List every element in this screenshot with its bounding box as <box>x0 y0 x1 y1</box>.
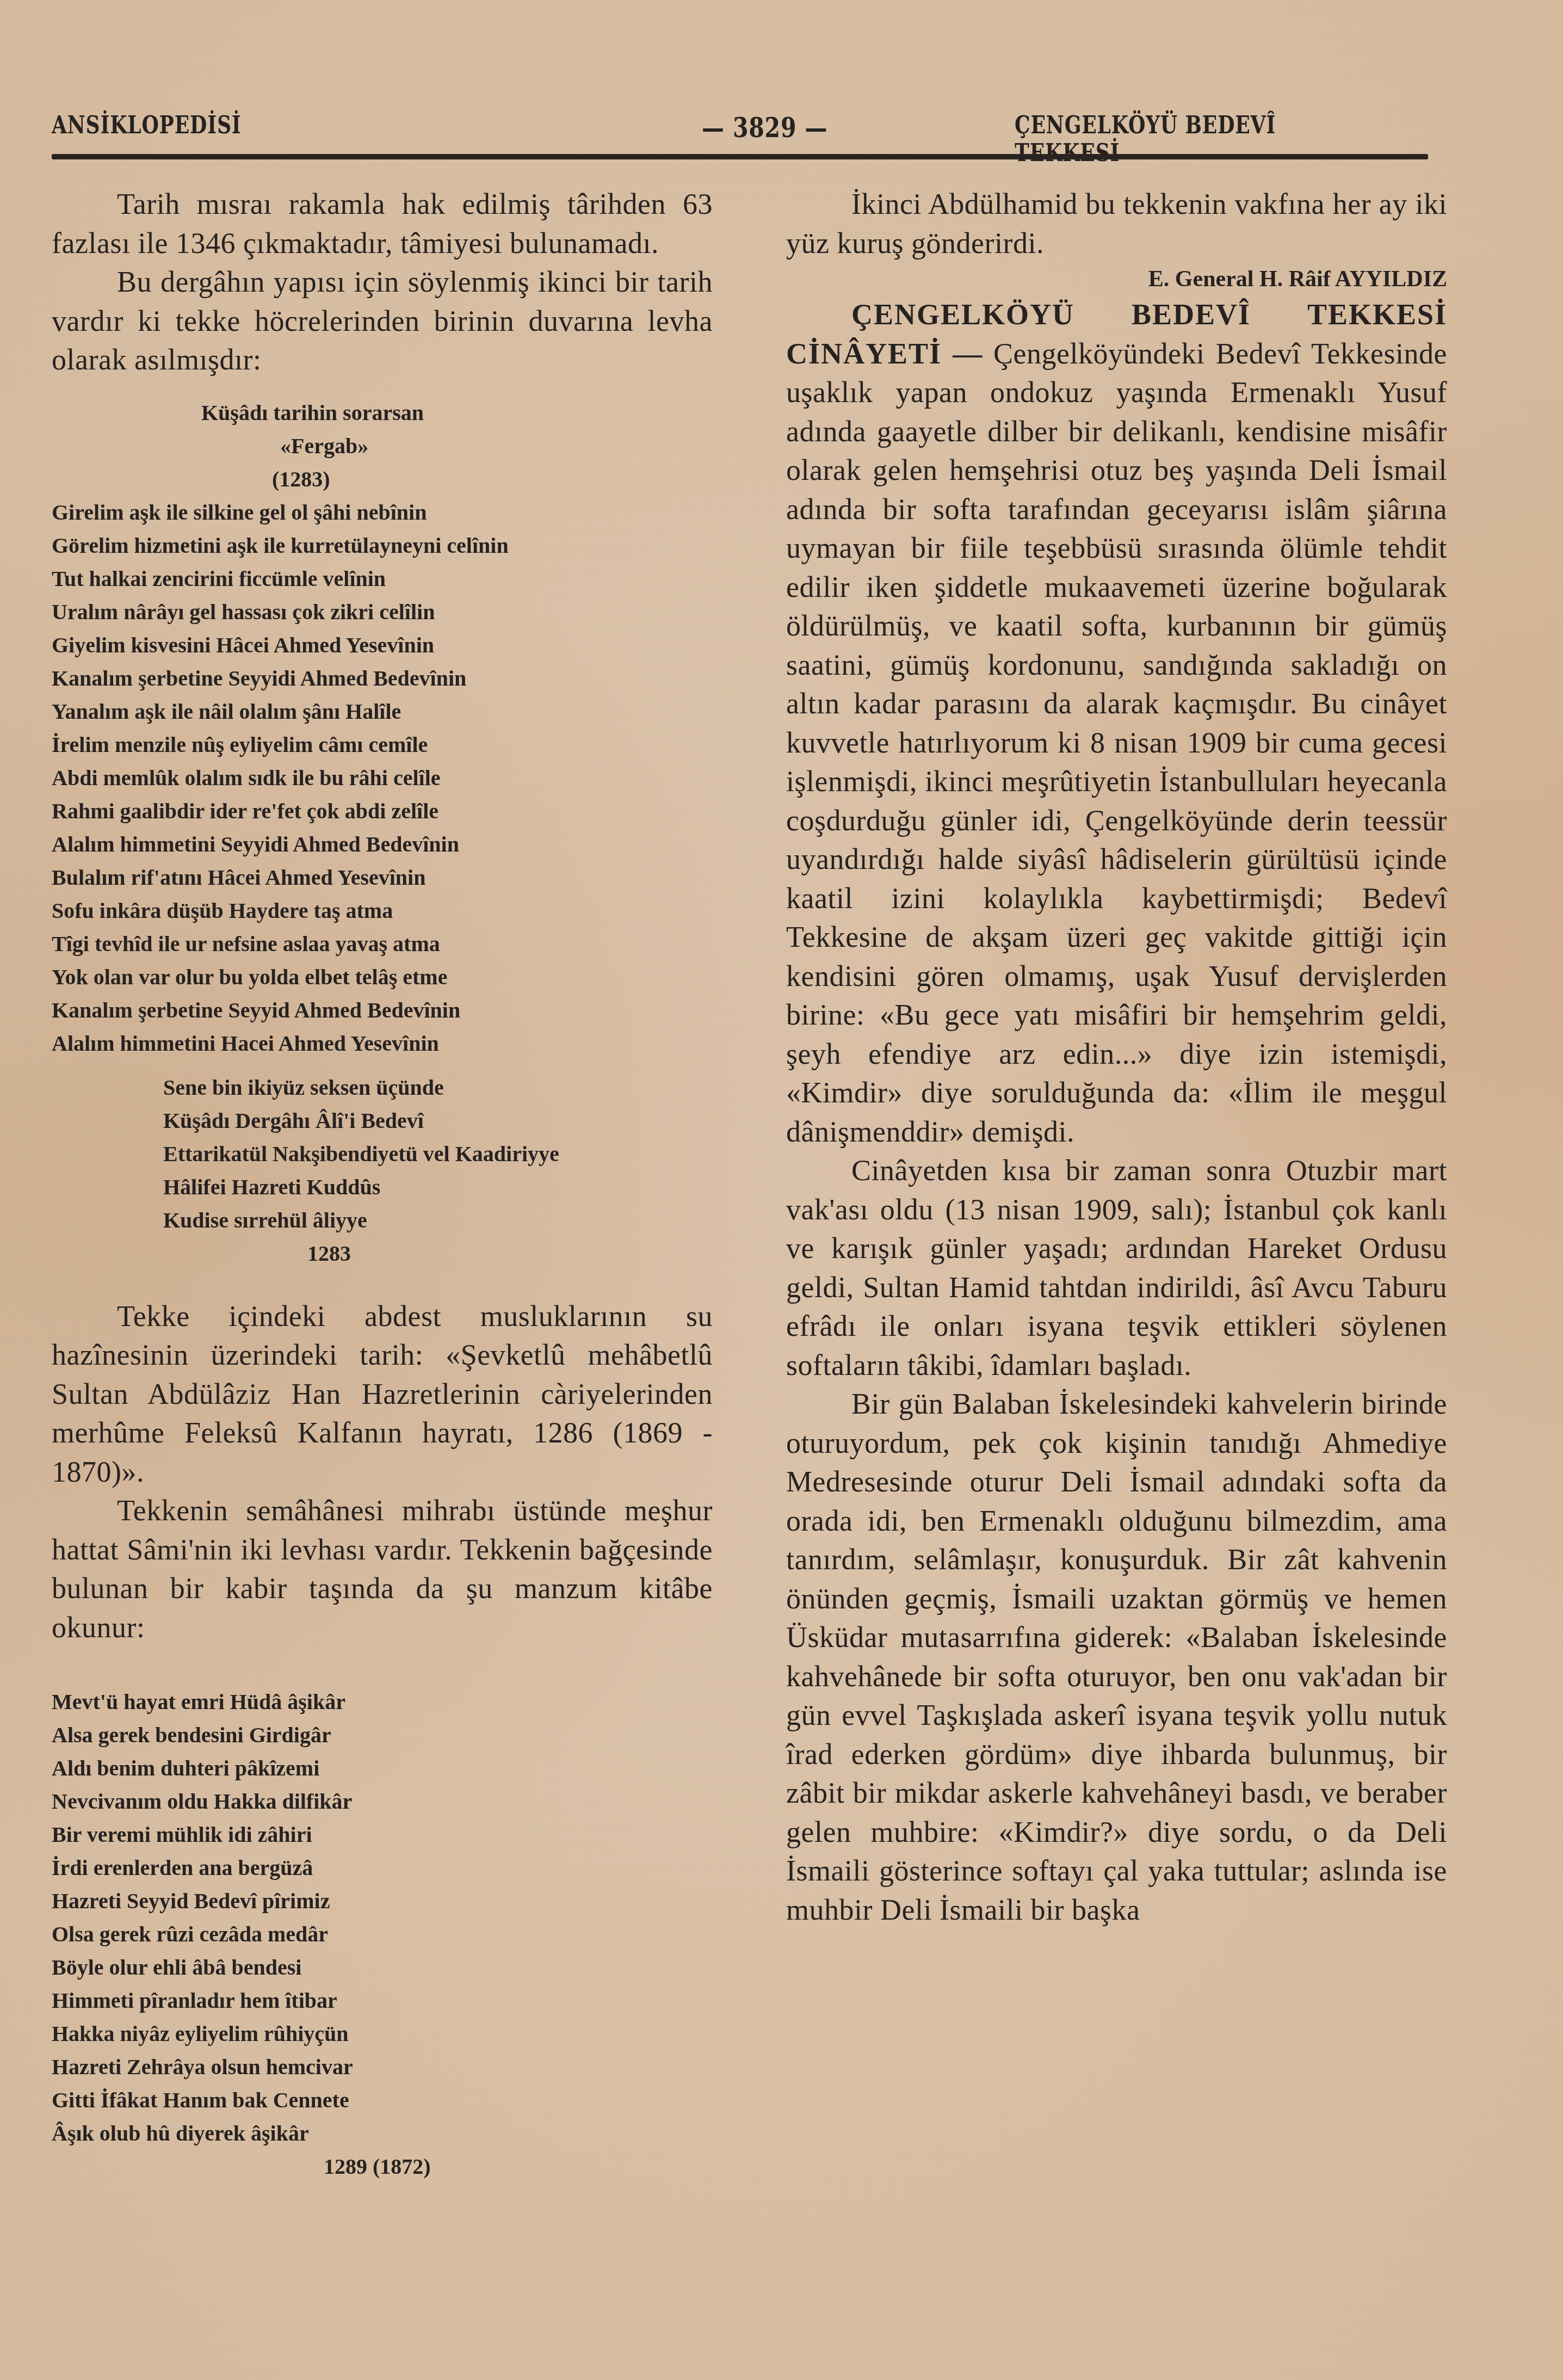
right-column: İkinci Abdülhamid bu tekkenin vakfına he… <box>786 185 1447 1929</box>
verse-line: Olsa gerek rûzi cezâda medâr <box>52 1917 713 1951</box>
verse-line: Hazreti Seyyid Bedevî pîrimiz <box>52 1884 713 1917</box>
verse-line: Kanalım şerbetine Seyyid Ahmed Bedevînin <box>52 994 713 1027</box>
author-signature: E. General H. Râif AYYILDIZ <box>786 263 1447 295</box>
paragraph: Cinâyetden kısa bir zaman sonra Otuzbir … <box>786 1151 1447 1385</box>
verse-line: Âşık olub hû diyerek âşikâr <box>52 2117 713 2150</box>
verse-line: Abdi memlûk olalım sıdk ile bu râhi celî… <box>52 761 713 794</box>
verse-line: Alalım himmetini Seyyidi Ahmed Bedevînin <box>52 828 713 861</box>
verse-line: Nevcivanım oldu Hakka dilfikâr <box>52 1785 713 1818</box>
verse-line: Hakka niyâz eyliyelim rûhiyçün <box>52 2017 713 2050</box>
inscription-lines: Mevt'ü hayat emri Hüdâ âşikârAlsa gerek … <box>52 1685 713 2150</box>
verse-line: Gitti İfâkat Hanım bak Cennete <box>52 2083 713 2117</box>
verse-line: Tut halkai zencirini ficcümle velînin <box>52 562 713 595</box>
verse-line: Böyle olur ehli âbâ bendesi <box>52 1951 713 1984</box>
paragraph: Bu dergâhın yapısı için söylenmiş ikinci… <box>52 263 713 380</box>
encyclopedia-page: ANSİKLOPEDİSİ — 3829 — ÇENGELKÖYÜ BEDEVÎ… <box>0 0 1563 2380</box>
verse-line: Kanalım şerbetine Seyyidi Ahmed Bedevîni… <box>52 662 713 695</box>
inscription-lines: Girelim aşk ile silkine gel ol şâhi nebî… <box>52 496 713 1060</box>
header-rule <box>52 154 1428 159</box>
verse-line: Mevt'ü hayat emri Hüdâ âşikâr <box>52 1685 713 1718</box>
verse-line: Aldı benim duhteri pâkîzemi <box>52 1752 713 1785</box>
verse-line: Bir veremi mühlik idi zâhiri <box>52 1818 713 1851</box>
verse-line: Girelim aşk ile silkine gel ol şâhi nebî… <box>52 496 713 529</box>
verse-line: Sene bin ikiyüz seksen üçünde <box>163 1071 713 1104</box>
inscription-2: Mevt'ü hayat emri Hüdâ âşikârAlsa gerek … <box>52 1685 713 2183</box>
paragraph: Bir gün Balaban İskelesindeki kahvelerin… <box>786 1385 1447 1929</box>
paragraph: Tarih mısraı rakamla hak edilmiş târihde… <box>52 185 713 263</box>
inscription-tail: Sene bin ikiyüz seksen üçündeKüşâdı Derg… <box>52 1071 713 1237</box>
verse-line: İrdi erenlerden ana bergüzâ <box>52 1851 713 1884</box>
inscription-1: Küşâdı tarihin sorarsan «Fergab» (1283) … <box>52 396 713 1270</box>
left-column: Tarih mısraı rakamla hak edilmiş târihde… <box>52 185 713 2183</box>
verse-line: Hazreti Zehrâya olsun hemcivar <box>52 2050 713 2083</box>
header-left-title: ANSİKLOPEDİSİ <box>52 112 241 139</box>
verse-line: Alsa gerek bendesini Girdigâr <box>52 1718 713 1752</box>
verse-line: Bulalım rif'atını Hâcei Ahmed Yesevînin <box>52 861 713 894</box>
verse-line: Kudise sırrehül âliyye <box>163 1204 713 1237</box>
running-head: ANSİKLOPEDİSİ — 3829 — ÇENGELKÖYÜ BEDEVÎ… <box>52 112 1428 150</box>
inscription-head: (1283) <box>52 463 713 496</box>
verse-line: Alalım himmetini Hacei Ahmed Yesevînin <box>52 1027 713 1060</box>
verse-line: Ettarikatül Nakşibendiyetü vel Kaadiriyy… <box>163 1137 713 1170</box>
inscription-year: 1283 <box>52 1237 713 1270</box>
inscription-head: Küşâdı tarihin sorarsan <box>52 396 713 429</box>
verse-line: İrelim menzile nûş eyliyelim câmı cemîle <box>52 728 713 761</box>
verse-line: Himmeti pîranladır hem îtibar <box>52 1984 713 2017</box>
page-number: — 3829 — <box>702 112 827 144</box>
verse-line: Hâlifei Hazreti Kuddûs <box>163 1170 713 1204</box>
paragraph: Tekke içindeki abdest musluklarının su h… <box>52 1297 713 1492</box>
verse-line: Yok olan var olur bu yolda elbet telâş e… <box>52 960 713 994</box>
paragraph: İkinci Abdülhamid bu tekkenin vakfına he… <box>786 185 1447 263</box>
verse-line: Tîgi tevhîd ile ur nefsine aslaa yavaş a… <box>52 927 713 960</box>
verse-line: Küşâdı Dergâhı Âlî'i Bedevî <box>163 1104 713 1137</box>
entry-paragraph: ÇENGELKÖYÜ BEDEVÎ TEKKESİ CİNÂYETİ — Çen… <box>786 295 1447 1151</box>
verse-line: Uralım nârâyı gel hassası çok zikri celî… <box>52 595 713 628</box>
inscription-head: «Fergab» <box>52 429 713 463</box>
verse-line: Yanalım aşk ile nâil olalım şânı Halîle <box>52 695 713 728</box>
verse-line: Sofu inkâra düşüb Haydere taş atma <box>52 894 713 927</box>
verse-line: Giyelim kisvesini Hâcei Ahmed Yesevînin <box>52 628 713 662</box>
inscription-year: 1289 (1872) <box>52 2150 713 2183</box>
verse-line: Rahmi gaalibdir ider re'fet çok abdi zel… <box>52 794 713 828</box>
verse-line: Görelim hizmetini aşk ile kurretülayneyn… <box>52 529 713 562</box>
paragraph: Tekkenin semâhânesi mihrabı üstünde meşh… <box>52 1491 713 1647</box>
